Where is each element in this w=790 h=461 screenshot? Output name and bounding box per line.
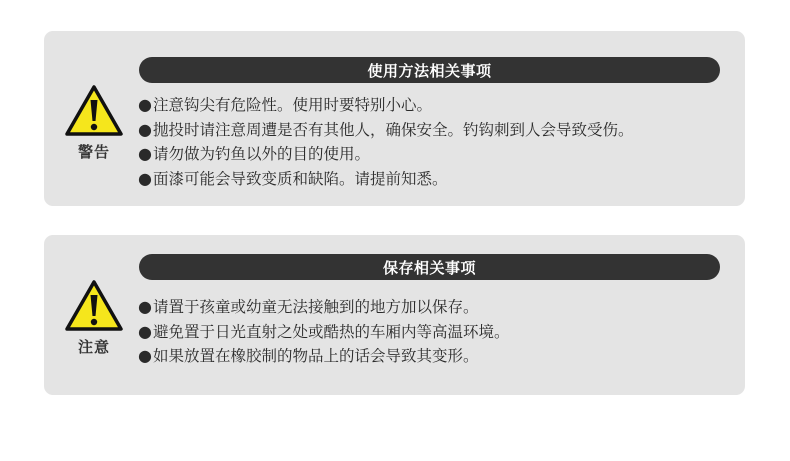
list-item: ●请置于孩童或幼童无法接触到的地方加以保存。 [138,295,509,320]
bullet-icon: ● [138,297,152,316]
usage-notes-title: 使用方法相关事项 [367,60,491,81]
bullet-icon: ● [138,322,152,341]
caution-label: 注意 [62,336,126,357]
warning-badge: 警告 [62,84,126,162]
usage-notes-header: 使用方法相关事项 [139,57,720,83]
list-item: ●注意钩尖有危险性。使用时要特别小心。 [138,93,633,118]
list-item: ●抛投时请注意周遭是否有其他人，确保安全。钓钩刺到人会导致受伤。 [138,118,633,143]
caution-triangle-icon [64,279,124,333]
list-item: ●如果放置在橡胶制的物品上的话会导致其变形。 [138,344,509,369]
storage-notes-list: ●请置于孩童或幼童无法接触到的地方加以保存。 ●避免置于日光直射之处或酷热的车厢… [138,295,509,369]
bullet-icon: ● [138,120,152,139]
usage-notes-list: ●注意钩尖有危险性。使用时要特别小心。 ●抛投时请注意周遭是否有其他人，确保安全… [138,93,633,191]
bullet-icon: ● [138,346,152,365]
storage-notes-header: 保存相关事项 [139,254,720,280]
list-item: ●面漆可能会导致变质和缺陷。请提前知悉。 [138,167,633,192]
usage-notes-card: 使用方法相关事项 警告 ●注意钩尖有危险性。使用时要特别小心。 ●抛投时请注意周… [44,31,745,206]
storage-notes-title: 保存相关事项 [383,257,476,278]
bullet-icon: ● [138,169,152,188]
list-item: ●避免置于日光直射之处或酷热的车厢内等高温环境。 [138,320,509,345]
bullet-icon: ● [138,144,152,163]
caution-badge: 注意 [62,279,126,357]
storage-notes-card: 保存相关事项 注意 ●请置于孩童或幼童无法接触到的地方加以保存。 ●避免置于日光… [44,235,745,395]
list-item: ●请勿做为钓鱼以外的目的使用。 [138,142,633,167]
bullet-icon: ● [138,95,152,114]
warning-label: 警告 [62,141,126,162]
warning-triangle-icon [64,84,124,138]
